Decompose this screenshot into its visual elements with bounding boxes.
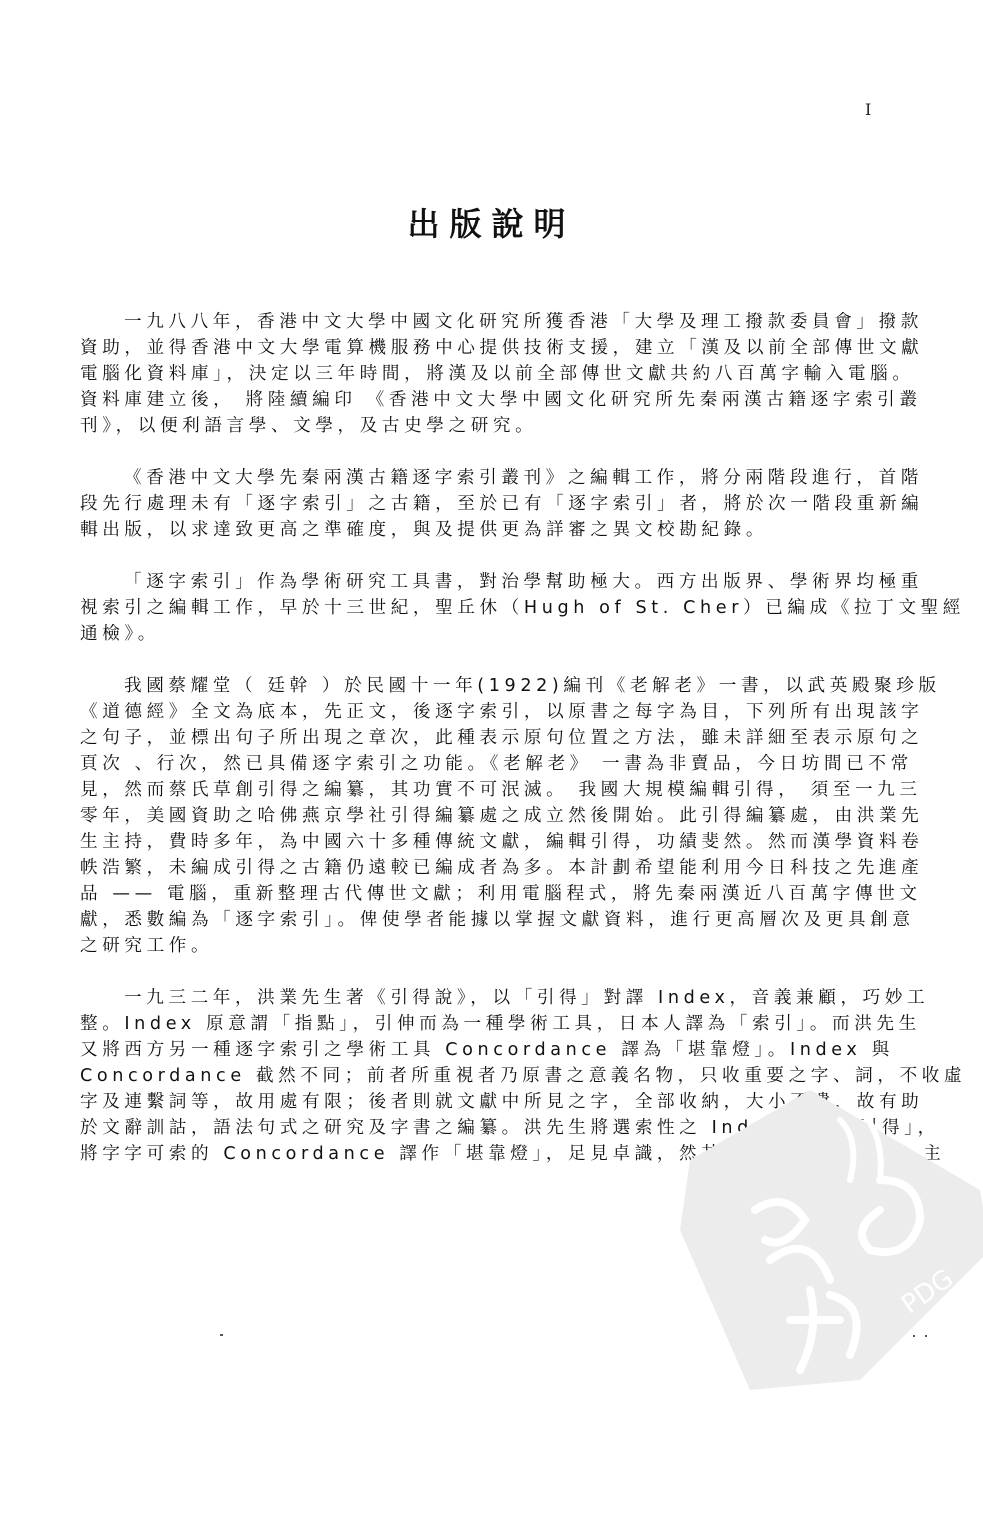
scan-speck [913,1335,915,1337]
svg-text:PDG: PDG [896,1264,959,1321]
paragraph: 《香港中文大學先秦兩漢古籍逐字索引叢刊》之編輯工作，將分兩階段進行，首階 段先行… [80,465,873,543]
text-line: 於文辭訓詁，語法句式之研究及字書之編纂。洪先生將選索性之 Index 譯作「引得… [80,1115,873,1141]
text-line: 一九三二年，洪業先生著《引得說》，以「引得」對譯 Index，音義兼顧，巧妙工 [80,985,873,1011]
paragraph: 「逐字索引」作為學術研究工具書，對治學幫助極大。西方出版界、學術界均極重 視索引… [80,569,873,647]
text-line: 一九八八年，香港中文大學中國文化研究所獲香港「大學及理工撥款委員會」撥款 [80,309,873,335]
paragraph: 一九三二年，洪業先生著《引得說》，以「引得」對譯 Index，音義兼顧，巧妙工 … [80,985,873,1167]
text-line: 帙浩繁，未編成引得之古籍仍遠較已編成者為多。本計劃希望能利用今日科技之先進產 [80,855,873,881]
text-line: 又將西方另一種逐字索引之學術工具 Concordance 譯為「堪靠燈」。Ind… [80,1037,873,1063]
text-line: 頁次 、行次，然已具備逐字索引之功能。《老解老》 一書為非賣品，今日坊間已不常 [80,751,873,777]
paragraph: 一九八八年，香港中文大學中國文化研究所獲香港「大學及理工撥款委員會」撥款 資助，… [80,309,873,439]
text-line: 《道德經》全文為底本，先正文，後逐字索引，以原書之每字為目，下列所有出現該字 [80,699,873,725]
text-line: 見，然而蔡氏草創引得之編纂，其功實不可泯滅。 我國大規模編輯引得， 須至一九三 [80,777,873,803]
text-line: 刊》，以便利語言學、文學，及古史學之研究。 [80,413,873,439]
body-text: 一九八八年，香港中文大學中國文化研究所獲香港「大學及理工撥款委員會」撥款 資助，… [80,309,873,1193]
text-line: 生主持，費時多年，為中國六十多種傳統文獻，編輯引得，功績斐然。然而漢學資料卷 [80,829,873,855]
text-line: 獻，悉數編為「逐字索引」。俾使學者能據以掌握文獻資料，進行更高層次及更具創意 [80,907,873,933]
text-line: 將字字可索的 Concordance 譯作「堪靠燈」，足見卓識，然其後於一九三零… [80,1141,873,1167]
text-line: 「逐字索引」作為學術研究工具書，對治學幫助極大。西方出版界、學術界均極重 [80,569,873,595]
text-line: 資料庫建立後， 將陸續編印 《香港中文大學中國文化研究所先秦兩漢古籍逐字索引叢 [80,387,873,413]
text-line: 通檢》。 [80,621,873,647]
text-line: Concordance 截然不同；前者所重視者乃原書之意義名物，只收重要之字、詞… [80,1063,873,1089]
text-line: 段先行處理未有「逐字索引」之古籍，至於已有「逐字索引」者，將於次一階段重新編 [80,491,873,517]
text-line: 零年，美國資助之哈佛燕京學社引得編纂處之成立然後開始。此引得編纂處，由洪業先 [80,803,873,829]
text-line: 我國蔡耀堂（ 廷幹 ）於民國十一年(1922)編刊《老解老》一書，以武英殿聚珍版 [80,673,873,699]
text-line: 之研究工作。 [80,933,873,959]
text-line: 電腦化資料庫」，決定以三年時間，將漢及以前全部傳世文獻共約八百萬字輸入電腦。 [80,361,873,387]
scan-speck [925,1335,927,1337]
text-line: 《香港中文大學先秦兩漢古籍逐字索引叢刊》之編輯工作，將分兩階段進行，首階 [80,465,873,491]
page-number: I [865,100,871,119]
text-line: 視索引之編輯工作，早於十三世紀，聖丘休（Hugh of St. Cher）已編成… [80,595,873,621]
scan-speck [220,1334,223,1336]
text-line: 字及連繫詞等，故用處有限；後者則就文獻中所見之字，全部收納，大小不遺，故有助 [80,1089,873,1115]
text-line: 之句子，並標出句子所出現之章次，此種表示原句位置之方法，雖未詳細至表示原句之 [80,725,873,751]
text-line: 整。Index 原意謂「指點」，引伸而為一種學術工具，日本人譯為「索引」。而洪先… [80,1011,873,1037]
text-line: 輯出版，以求達致更高之準確度，與及提供更為詳審之異文校勘紀錄。 [80,517,873,543]
paragraph: 我國蔡耀堂（ 廷幹 ）於民國十一年(1922)編刊《老解老》一書，以武英殿聚珍版… [80,673,873,959]
text-line: 品 —— 電腦，重新整理古代傳世文獻；利用電腦程式，將先秦兩漢近八百萬字傳世文 [80,881,873,907]
text-line: 資助，並得香港中文大學電算機服務中心提供技術支援，建立「漢及以前全部傳世文獻 [80,335,873,361]
page-title: 出版說明 [0,199,983,245]
